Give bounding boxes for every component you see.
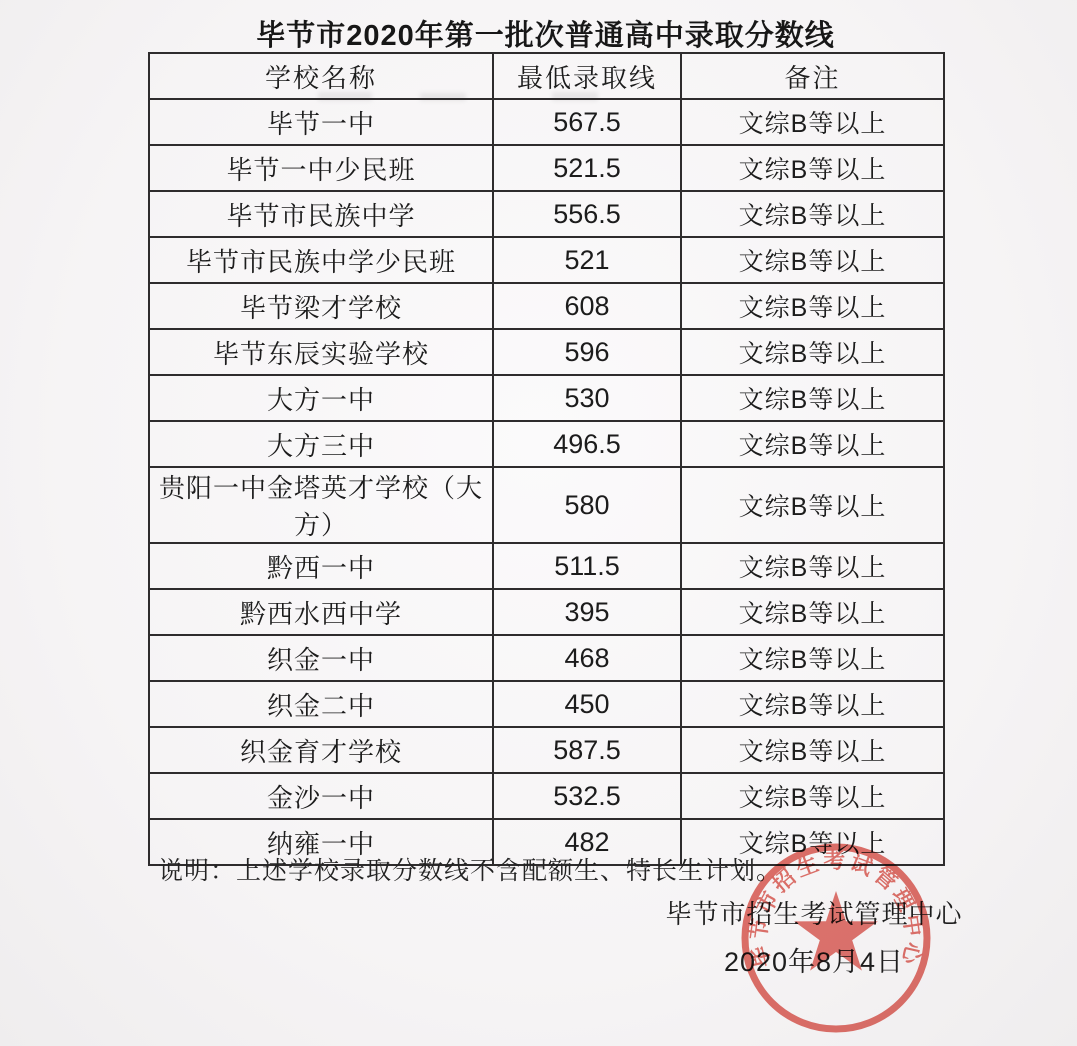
score-cell: 521.5: [493, 145, 681, 191]
table-row: 毕节一中少民班 521.5 文综B等以上: [149, 145, 944, 191]
score-cell: 608: [493, 283, 681, 329]
score-cell: 587.5: [493, 727, 681, 773]
table-row: 毕节东辰实验学校 596 文综B等以上: [149, 329, 944, 375]
score-cell: 580: [493, 467, 681, 543]
issue-date: 2020年8月4日: [664, 940, 964, 979]
school-name-cell: 毕节一中: [149, 99, 493, 145]
column-header-remark: 备注: [681, 53, 944, 99]
table-row: 织金育才学校 587.5 文综B等以上: [149, 727, 944, 773]
remark-cell: 文综B等以上: [681, 589, 944, 635]
school-name-cell: 大方一中: [149, 375, 493, 421]
table-row: 黔西水西中学 395 文综B等以上: [149, 589, 944, 635]
scanned-notice-page: 毕节市2020年第一批次普通高中录取分数线 学校名称 最低录取线 备注 毕节一中…: [0, 0, 1077, 1046]
school-name-cell: 织金二中: [149, 681, 493, 727]
remark-cell: 文综B等以上: [681, 773, 944, 819]
score-cell: 395: [493, 589, 681, 635]
school-name-cell: 贵阳一中金塔英才学校（大方）: [149, 467, 493, 543]
school-name-cell: 黔西一中: [149, 543, 493, 589]
remark-cell: 文综B等以上: [681, 681, 944, 727]
score-cell: 521: [493, 237, 681, 283]
admission-score-table: 学校名称 最低录取线 备注 毕节一中 567.5 文综B等以上 毕节一中少民班 …: [148, 52, 945, 866]
remark-cell: 文综B等以上: [681, 99, 944, 145]
table-row: 大方一中 530 文综B等以上: [149, 375, 944, 421]
score-cell: 511.5: [493, 543, 681, 589]
school-name-cell: 毕节东辰实验学校: [149, 329, 493, 375]
issuer-name: 毕节市招生考试管理中心: [664, 894, 964, 931]
school-name-cell: 毕节市民族中学少民班: [149, 237, 493, 283]
table-row: 毕节梁才学校 608 文综B等以上: [149, 283, 944, 329]
remark-cell: 文综B等以上: [681, 191, 944, 237]
school-name-cell: 织金育才学校: [149, 727, 493, 773]
school-name-cell: 织金一中: [149, 635, 493, 681]
table-row: 贵阳一中金塔英才学校（大方） 580 文综B等以上: [149, 467, 944, 543]
remark-cell: 文综B等以上: [681, 543, 944, 589]
document-title: 毕节市2020年第一批次普通高中录取分数线: [148, 13, 943, 54]
school-name-cell: 黔西水西中学: [149, 589, 493, 635]
remark-cell: 文综B等以上: [681, 635, 944, 681]
remark-cell: 文综B等以上: [681, 237, 944, 283]
column-header-score: 最低录取线: [493, 53, 681, 99]
score-cell: 567.5: [493, 99, 681, 145]
score-cell: 556.5: [493, 191, 681, 237]
remark-cell: 文综B等以上: [681, 145, 944, 191]
column-header-school: 学校名称: [149, 53, 493, 99]
score-cell: 596: [493, 329, 681, 375]
remark-cell: 文综B等以上: [681, 375, 944, 421]
explanatory-note: 说明：上述学校录取分数线不含配额生、特长生计划。: [158, 851, 948, 887]
table-row: 黔西一中 511.5 文综B等以上: [149, 543, 944, 589]
score-cell: 468: [493, 635, 681, 681]
table-row: 毕节市民族中学 556.5 文综B等以上: [149, 191, 944, 237]
score-cell: 496.5: [493, 421, 681, 467]
table-row: 毕节市民族中学少民班 521 文综B等以上: [149, 237, 944, 283]
remark-cell: 文综B等以上: [681, 467, 944, 543]
school-name-cell: 毕节市民族中学: [149, 191, 493, 237]
school-name-cell: 毕节一中少民班: [149, 145, 493, 191]
table-header-row: 学校名称 最低录取线 备注: [149, 53, 944, 99]
table-row: 金沙一中 532.5 文综B等以上: [149, 773, 944, 819]
school-name-cell: 金沙一中: [149, 773, 493, 819]
score-cell: 530: [493, 375, 681, 421]
school-name-cell: 大方三中: [149, 421, 493, 467]
remark-cell: 文综B等以上: [681, 727, 944, 773]
table-row: 大方三中 496.5 文综B等以上: [149, 421, 944, 467]
table-row: 织金一中 468 文综B等以上: [149, 635, 944, 681]
remark-cell: 文综B等以上: [681, 421, 944, 467]
score-cell: 532.5: [493, 773, 681, 819]
remark-cell: 文综B等以上: [681, 283, 944, 329]
school-name-cell: 毕节梁才学校: [149, 283, 493, 329]
remark-cell: 文综B等以上: [681, 329, 944, 375]
score-cell: 450: [493, 681, 681, 727]
table-row: 毕节一中 567.5 文综B等以上: [149, 99, 944, 145]
table-row: 织金二中 450 文综B等以上: [149, 681, 944, 727]
